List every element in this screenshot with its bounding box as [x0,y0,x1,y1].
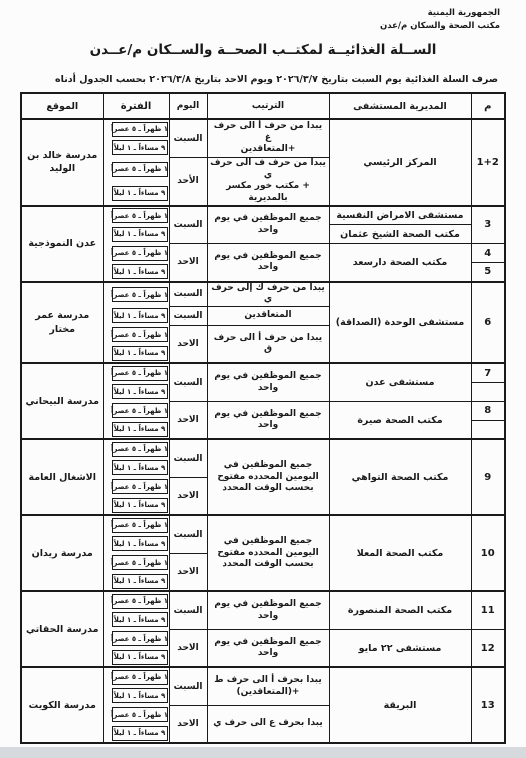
location-cell: مدرسة عمر مختار [21,282,103,364]
day-cell: السبت [169,119,207,157]
period-cell: ٩ مساءاً ـ ١ ليلاً [103,572,169,591]
period-box: ١ ظهراً ـ ٥ عصراً [112,327,168,342]
table-header-row: مالمديرية المستشفىالترتيباليومالفترةالمو… [21,93,505,119]
arrangement-cell: المتعاقدين [207,306,329,325]
period-cell: ١ ظهراً ـ ٥ عصراً [103,363,169,382]
period-cell: ٩ مساءاً ـ ١ ليلاً [103,724,169,743]
table-header: مالمديرية المستشفىالترتيباليومالفترةالمو… [21,93,505,119]
period-box: ١ ظهراً ـ ٥ عصراً [112,403,168,418]
location-cell: مدرسة الحقاتي [21,591,103,667]
period-cell: ١ ظهراً ـ ٥ عصراً [103,282,169,307]
day-cell: الاحد [169,325,207,363]
period-box: ٩ مساءاً ـ ١ ليلاً [112,264,168,279]
arrangement-cell: جميع الموظفين في يوم واحد [207,244,329,282]
period-box: ٩ مساءاً ـ ١ ليلاً [112,308,168,323]
arrangement-cell: يبدا من حرف أ الى حرف ق [207,325,329,363]
period-cell: ٩ مساءاً ـ ١ ليلاً [103,181,169,205]
period-cell: ١ ظهراً ـ ٥ عصراً [103,244,169,263]
arrangement-cell: جميع الموظفين في يوم واحد [207,591,329,629]
period-cell: ٩ مساءاً ـ ١ ليلاً [103,534,169,553]
period-cell: ١ ظهراً ـ ٥ عصراً [103,705,169,724]
day-cell: السبت [169,306,207,325]
header-location: الموقع [21,93,103,119]
page-bottom-strip [0,747,526,758]
period-cell: ١ ظهراً ـ ٥ عصراً [103,401,169,420]
distribution-schedule-table: مالمديرية المستشفىالترتيباليومالفترةالمو… [20,92,506,744]
day-cell: السبت [169,515,207,553]
period-box: ١ ظهراً ـ ٥ عصراً [112,555,168,570]
period-cell: ٩ مساءاً ـ ١ ليلاً [103,306,169,325]
period-box: ٩ مساءاً ـ ١ ليلاً [112,227,168,242]
row-number-cell: 4 [471,244,505,263]
table-row: 9مكتب الصحة التواهيجميع الموظفين في اليو… [21,439,505,458]
row-number-cell [471,382,505,401]
day-cell: السبت [169,282,207,307]
period-box: ٩ مساءاً ـ ١ ليلاً [112,574,168,589]
directorate-cell: مكتب الصحة دارسعد [329,244,471,282]
period-box: ٩ مساءاً ـ ١ ليلاً [112,186,168,201]
day-cell: الاحد [169,629,207,667]
day-cell: السبت [169,363,207,401]
header-period: الفترة [103,93,169,119]
row-number-cell: 6 [471,282,505,364]
directorate-cell: مكتب الصحة الشيخ عثمان [329,225,471,244]
period-box: ٩ مساءاً ـ ١ ليلاً [112,384,168,399]
period-box: ٩ مساءاً ـ ١ ليلاً [112,726,168,741]
period-box: ٩ مساءاً ـ ١ ليلاً [112,498,168,513]
period-box: ٩ مساءاً ـ ١ ليلاً [112,460,168,475]
period-cell: ١ ظهراً ـ ٥ عصراً [103,477,169,496]
day-cell: السبت [169,206,207,244]
period-box: ١ ظهراً ـ ٥ عصراً [112,442,168,457]
period-cell: ١ ظهراً ـ ٥ عصراً [103,667,169,686]
period-cell: ١ ظهراً ـ ٥ عصراً [103,515,169,534]
period-box: ٩ مساءاً ـ ١ ليلاً [112,612,168,627]
directorate-cell: مستشفى الوحدة (الصداقة) [329,282,471,364]
period-box: ١ ظهراً ـ ٥ عصراً [112,479,168,494]
row-number-cell: 8 [471,401,505,420]
location-cell: الاشغال العامة [21,439,103,515]
day-cell: الاحد [169,705,207,743]
arrangement-cell: جميع الموظفين في اليومين المحدده مفتوح ب… [207,439,329,515]
period-cell: ٩ مساءاً ـ ١ ليلاً [103,225,169,244]
letterhead: الجمهورية اليمنية مكتب الصحة والسكان م/ع… [0,0,526,33]
period-box: ١ ظهراً ـ ٥ عصراً [112,707,168,722]
period-cell: ٩ مساءاً ـ ١ ليلاً [103,648,169,667]
location-cell: مدرسة ريدان [21,515,103,591]
period-cell: ١ ظهراً ـ ٥ عصراً [103,439,169,458]
period-cell: ٩ مساءاً ـ ١ ليلاً [103,138,169,157]
period-cell: ٩ مساءاً ـ ١ ليلاً [103,263,169,282]
arrangement-cell: جميع الموظفين في اليومين المحدده مفتوح ب… [207,515,329,591]
row-number-cell: 7 [471,363,505,382]
period-cell: ٩ مساءاً ـ ١ ليلاً [103,344,169,363]
period-cell: ٩ مساءاً ـ ١ ليلاً [103,382,169,401]
period-box: ٩ مساءاً ـ ١ ليلاً [112,422,168,437]
period-cell: ١ ظهراً ـ ٥ عصراً [103,553,169,572]
letterhead-country: الجمهورية اليمنية [0,7,500,20]
directorate-cell: مكتب الصحة المعلا [329,515,471,591]
header-directorate: المديرية المستشفى [329,93,471,119]
arrangement-cell: جميع الموظفين في يوم واحد [207,629,329,667]
day-cell: السبت [169,667,207,705]
day-cell: الاحد [169,244,207,282]
day-cell: الاحد [169,553,207,591]
row-number-cell [471,420,505,439]
directorate-cell: مستشفى ٢٢ مايو [329,629,471,667]
arrangement-cell: جميع الموظفين في يوم واحد [207,363,329,401]
arrangement-cell: يبدا بحرف ع الى حرف ي [207,705,329,743]
directorate-cell: البريقة [329,667,471,743]
period-cell: ٩ مساءاً ـ ١ ليلاً [103,496,169,515]
period-cell: ١ ظهراً ـ ٥ عصراً [103,157,169,181]
location-cell: مدرسة خالد بن الوليد [21,119,103,205]
period-box: ١ ظهراً ـ ٥ عصراً [112,631,168,646]
arrangement-cell: يبدا من حرف أ الى حرف غ +المتعاقدين [207,119,329,157]
period-box: ٩ مساءاً ـ ١ ليلاً [112,650,168,665]
header-number: م [471,93,505,119]
directorate-cell: مستشفى عدن [329,363,471,401]
period-cell: ٩ مساءاً ـ ١ ليلاً [103,610,169,629]
period-box: ١ ظهراً ـ ٥ عصراً [112,670,168,685]
table-row: 6مستشفى الوحدة (الصداقة)يبدا من حرف ك إل… [21,282,505,307]
location-cell: عدن النموذجية [21,206,103,282]
arrangement-cell: يبدا بحرف أ الى حرف ط +(المتعاقدين) [207,667,329,705]
arrangement-cell: جميع الموظفين في يوم واحد [207,401,329,439]
day-cell: الاحد [169,401,207,439]
period-cell: ١ ظهراً ـ ٥ عصراً [103,325,169,344]
period-box: ١ ظهراً ـ ٥ عصراً [112,208,168,223]
period-box: ١ ظهراً ـ ٥ عصراً [112,518,168,533]
period-box: ١ ظهراً ـ ٥ عصراً [112,366,168,381]
table-body: 1+2المركز الرئيسييبدا من حرف أ الى حرف غ… [21,119,505,743]
row-number-cell: 5 [471,263,505,282]
directorate-cell: مكتب الصحة التواهي [329,439,471,515]
day-cell: السبت [169,591,207,629]
period-box: ١ ظهراً ـ ٥ عصراً [112,246,168,261]
directorate-cell: المركز الرئيسي [329,119,471,205]
day-cell: الاحد [169,477,207,515]
directorate-cell: مكتب الصحة المنصورة [329,591,471,629]
period-box: ٩ مساءاً ـ ١ ليلاً [112,140,168,155]
period-box: ١ ظهراً ـ ٥ عصراً [112,162,168,177]
location-cell: مدرسة البيحاني [21,363,103,439]
arrangement-cell: جميع الموظفين في يوم واحد [207,206,329,244]
period-cell: ٩ مساءاً ـ ١ ليلاً [103,686,169,705]
row-number-cell: 9 [471,439,505,515]
row-number-cell: 10 [471,515,505,591]
location-cell: مدرسة الكويت [21,667,103,743]
row-number-cell: 13 [471,667,505,743]
table-row: 7مستشفى عدنجميع الموظفين في يوم واحدالسب… [21,363,505,382]
letterhead-office: مكتب الصحة والسكان م/عدن [0,20,500,33]
day-cell: الأحد [169,157,207,205]
arrangement-cell: يبدا من حرف ف الى حرف ي + مكتب خور مكسر … [207,157,329,205]
page-title: الســلة الغذائيــة لمكتــب الصحــة والسـ… [0,42,526,58]
header-day: اليوم [169,93,207,119]
table-row: 10مكتب الصحة المعلاجميع الموظفين في اليو… [21,515,505,534]
period-cell: ١ ظهراً ـ ٥ عصراً [103,119,169,138]
directorate-cell: مستشفى الامراض النفسية [329,206,471,225]
arrangement-cell: يبدا من حرف ك إلى حرف ي [207,282,329,307]
distribution-statement: صرف السلة الغذائية يوم السبت بتاريخ ٢٠٢٦… [0,74,526,85]
period-box: ٩ مساءاً ـ ١ ليلاً [112,536,168,551]
period-box: ١ ظهراً ـ ٥ عصراً [112,594,168,609]
period-box: ١ ظهراً ـ ٥ عصراً [112,122,168,137]
period-box: ٩ مساءاً ـ ١ ليلاً [112,688,168,703]
directorate-cell: مكتب الصحة صيرة [329,401,471,439]
row-number-cell: 1+2 [471,119,505,205]
table-row: 3مستشفى الامراض النفسيةجميع الموظفين في … [21,206,505,225]
row-number-cell: 11 [471,591,505,629]
period-cell: ١ ظهراً ـ ٥ عصراً [103,629,169,648]
period-cell: ١ ظهراً ـ ٥ عصراً [103,591,169,610]
period-cell: ١ ظهراً ـ ٥ عصراً [103,206,169,225]
table-row: 11مكتب الصحة المنصورةجميع الموظفين في يو… [21,591,505,610]
table-row: 1+2المركز الرئيسييبدا من حرف أ الى حرف غ… [21,119,505,138]
row-number-cell: 12 [471,629,505,667]
period-box: ١ ظهراً ـ ٥ عصراً [112,287,168,302]
period-box: ٩ مساءاً ـ ١ ليلاً [112,346,168,361]
day-cell: السبت [169,439,207,477]
scanned-document-page: { "letterhead": { "line1": "الجمهورية ال… [0,0,526,758]
header-arrangement: الترتيب [207,93,329,119]
period-cell: ٩ مساءاً ـ ١ ليلاً [103,458,169,477]
period-cell: ٩ مساءاً ـ ١ ليلاً [103,420,169,439]
table-row: 13البريقةيبدا بحرف أ الى حرف ط +(المتعاق… [21,667,505,686]
row-number-cell: 3 [471,206,505,244]
